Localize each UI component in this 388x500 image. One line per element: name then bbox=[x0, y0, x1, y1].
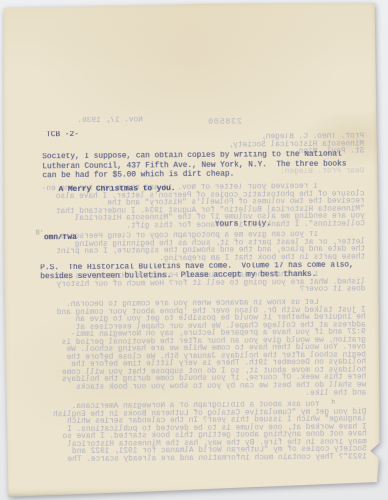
letter-body-paragraph: Society, I suppose, can obtain copies by… bbox=[42, 151, 346, 182]
bleed-paragraph-4: Let us know in advance when you are comi… bbox=[39, 299, 366, 400]
closing-line: Yours truly. bbox=[215, 220, 271, 230]
bleed-paragraph-2: If you can give me a photograph copy of … bbox=[39, 231, 365, 264]
christmas-greeting-line: A Merry Christmas to you. bbox=[58, 185, 175, 196]
reference-initials: omn/fwa bbox=[44, 234, 77, 244]
bleed-stamp-number: 238500 bbox=[204, 119, 242, 127]
page-number-header: TCB -2- bbox=[46, 131, 79, 141]
pencil-mark-right: h bbox=[331, 399, 335, 406]
bleed-paragraph-5: You ask about a bibliograph of a Norwegi… bbox=[40, 401, 367, 464]
bleed-date-line: Nov. 17, 1936. bbox=[75, 117, 143, 125]
scan-background: Nov. 17, 1936. 238500 Prof. Theo. C. Ble… bbox=[0, 0, 388, 500]
postscript-paragraph: P.S. The Historical Bulletins have come.… bbox=[40, 262, 354, 282]
letter-paper: Nov. 17, 1936. 238500 Prof. Theo. C. Ble… bbox=[1, 0, 381, 496]
pencil-mark-left: B' bbox=[36, 229, 44, 236]
